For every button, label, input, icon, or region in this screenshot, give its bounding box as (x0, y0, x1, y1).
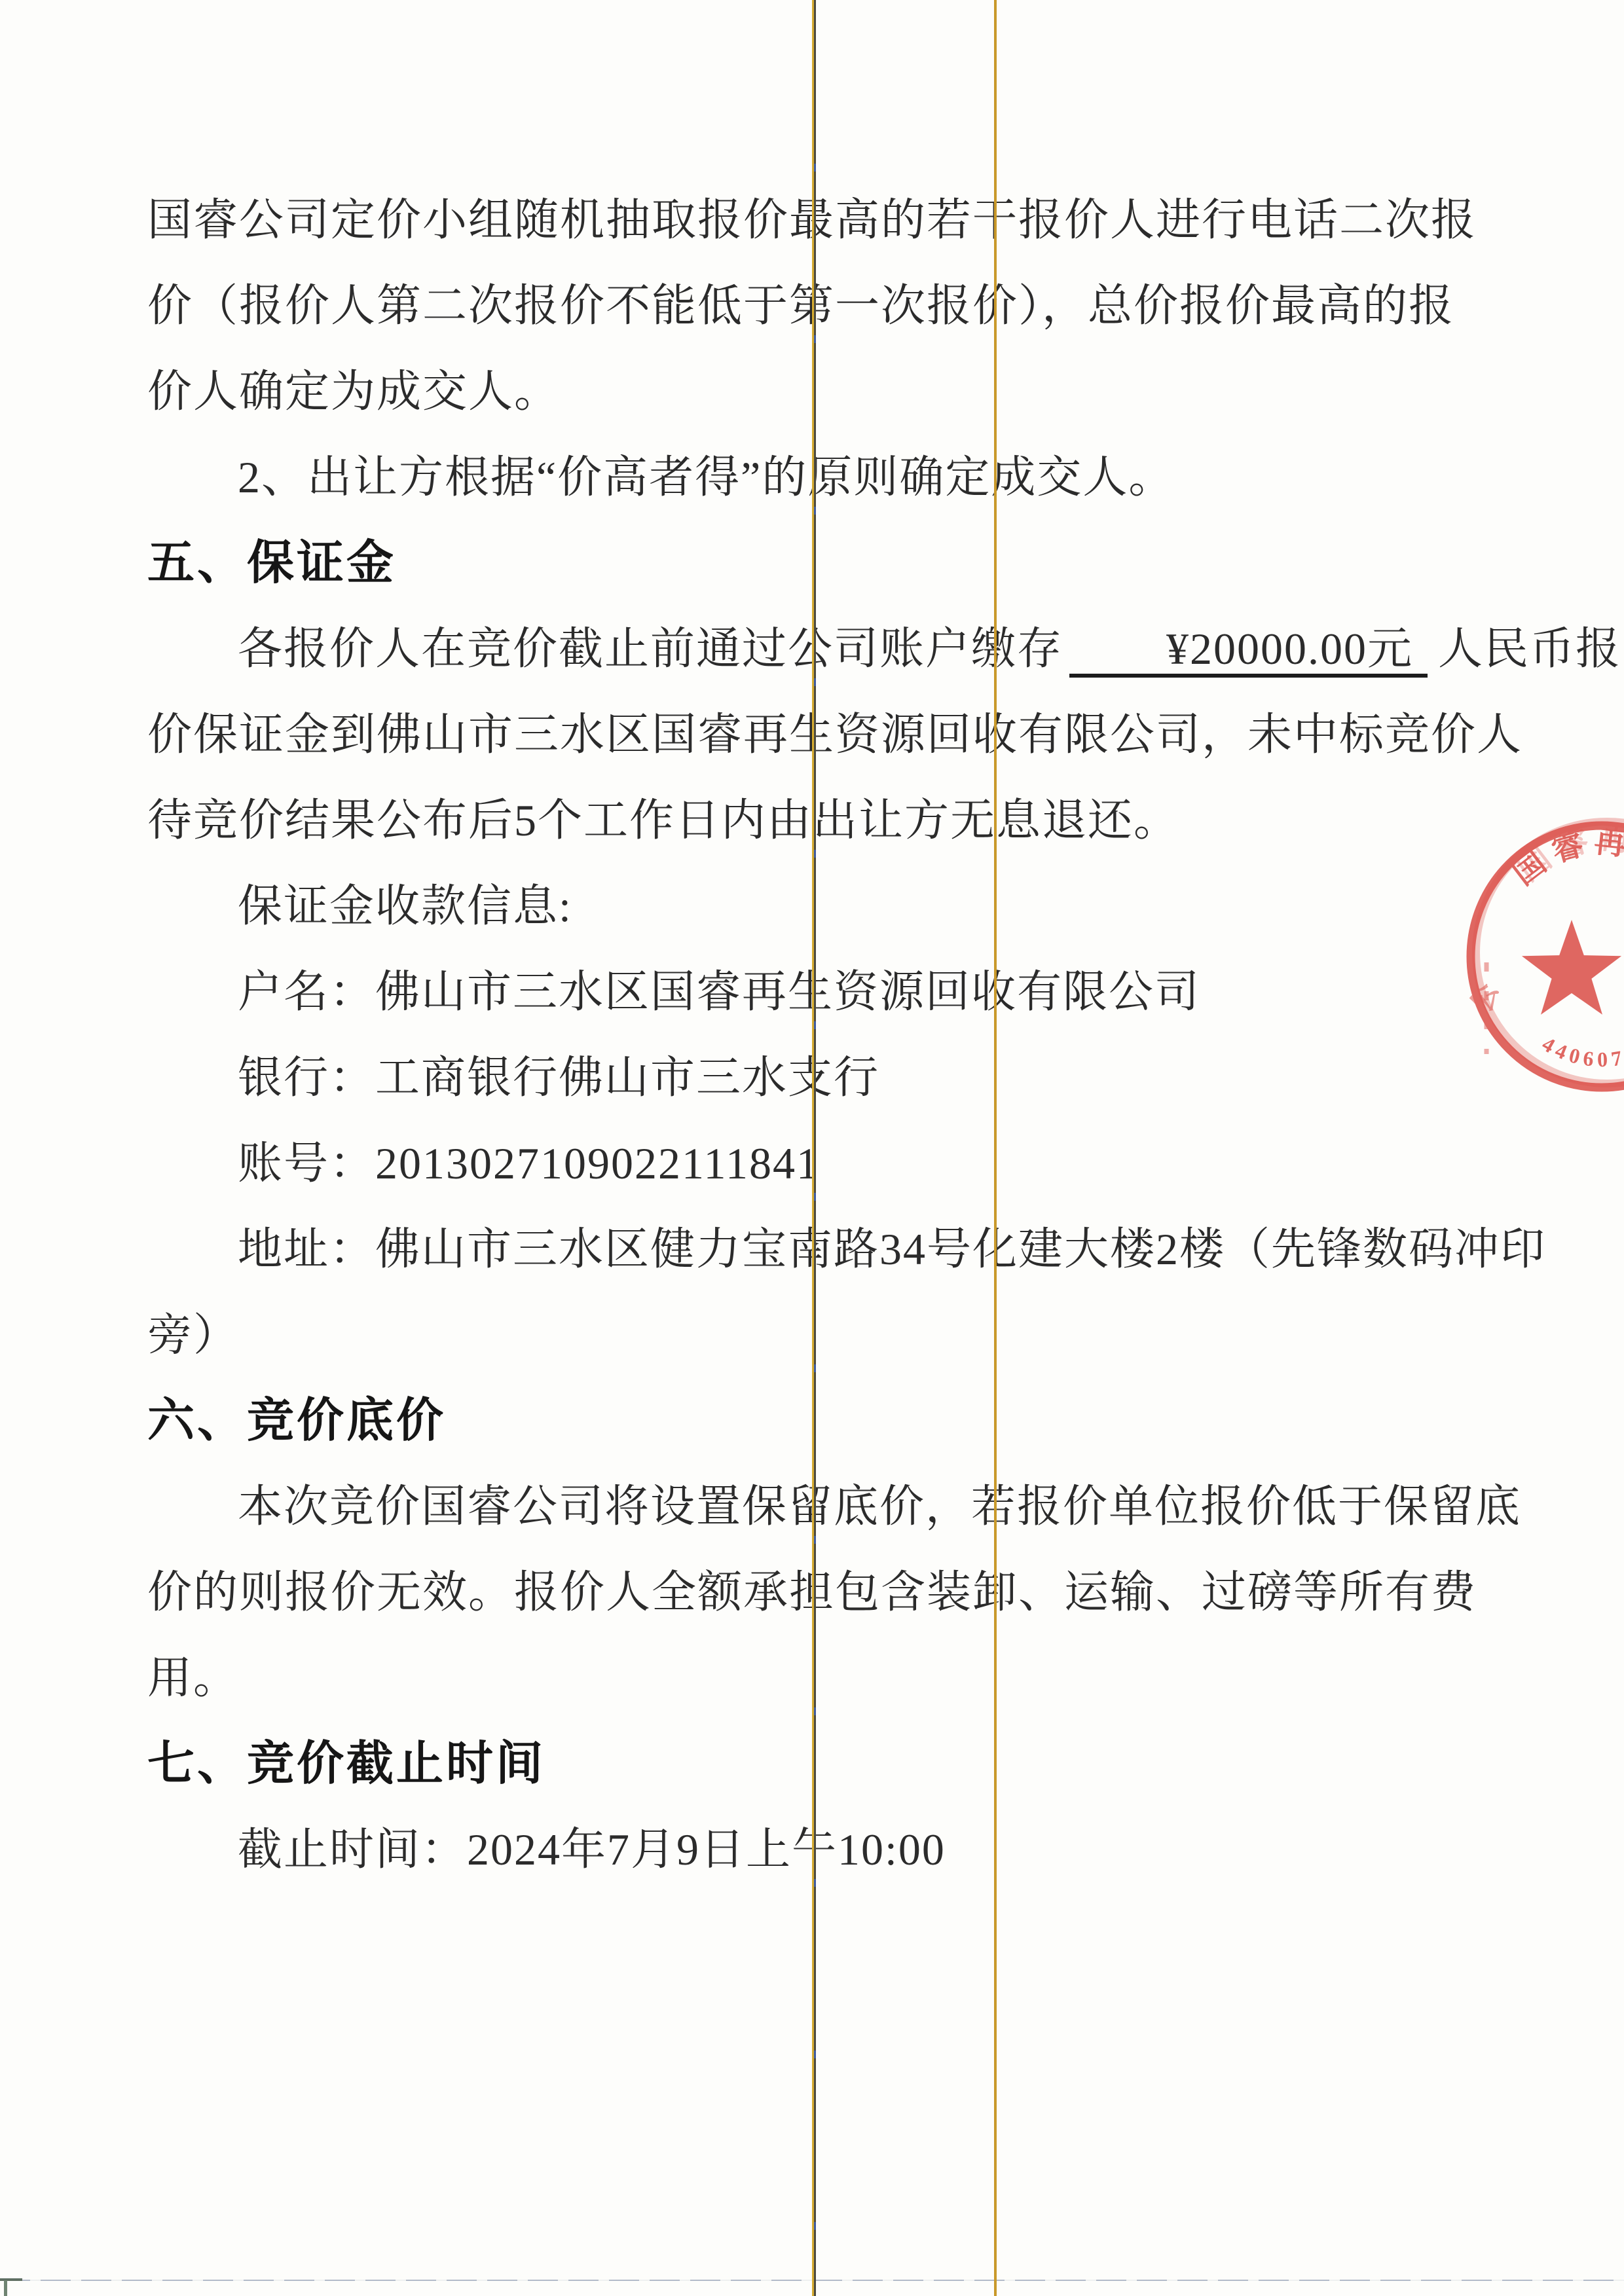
fold-line-left (812, 0, 816, 2296)
scan-edge-tick (4, 2280, 7, 2296)
star-icon (1522, 920, 1621, 1015)
seal-code-digits: 440607010 (1538, 1029, 1624, 1071)
fold-line-left-dark-stripe (814, 0, 816, 2296)
deposit-amount-suffix: 人民币报 (1438, 624, 1621, 674)
seal-arc-text: 国睿再生资 (1507, 824, 1624, 909)
deposit-amount-prefix: 各报价人在竞价截止前通过公司账户缴存 (238, 624, 1063, 674)
fold-line-right (994, 0, 997, 2296)
company-seal: 国睿再生资 国睿再生资 公 440607010 (1460, 812, 1624, 1100)
scanned-document-page: 国睿公司定价小组随机抽取报价最高的若干报价人进行电话二次报 价（报价人第二次报价… (0, 0, 1624, 2296)
deposit-amount-underlined: ¥20000.00元 (1069, 627, 1428, 678)
